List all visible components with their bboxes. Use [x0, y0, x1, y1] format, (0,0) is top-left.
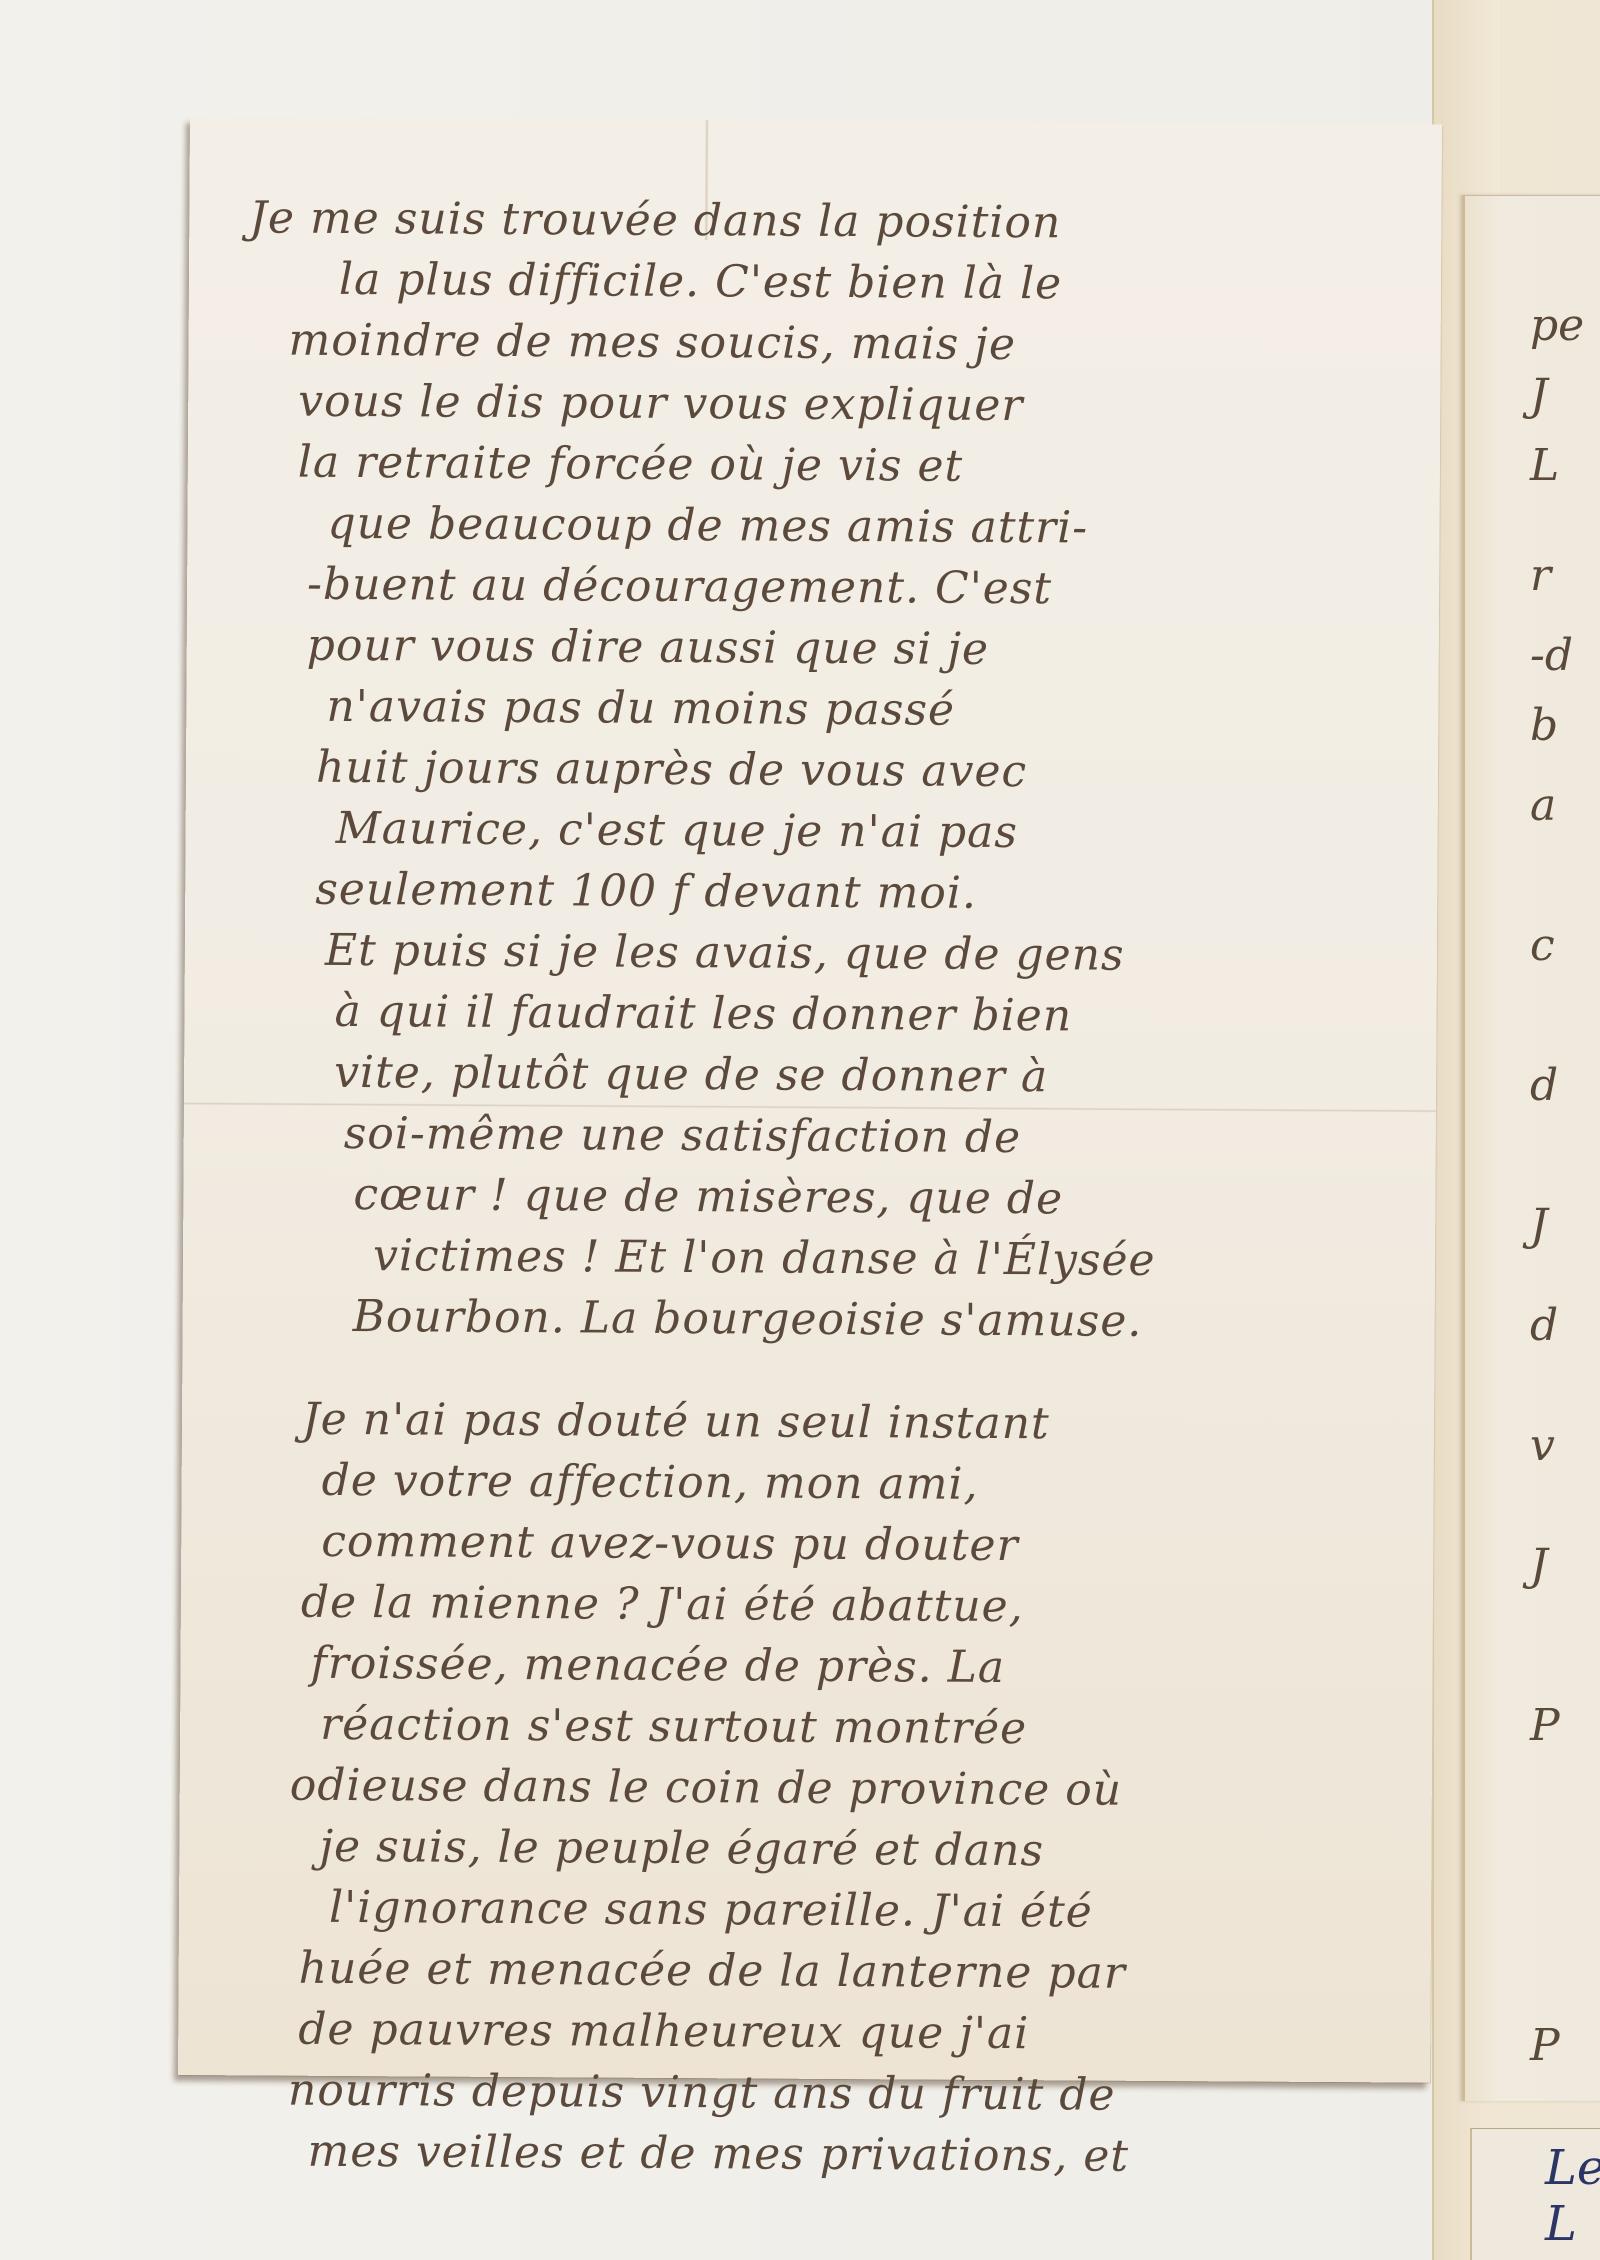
partial-glyph: c — [1530, 920, 1555, 971]
text-line: de votre affection, mon ami, — [241, 1449, 1401, 1517]
adjacent-sheet-text: pe J L r -d b a c d J d v J P P — [1530, 300, 1600, 2100]
text-line: froissée, menacée de près. La — [240, 1632, 1400, 1700]
text-line: réaction s'est surtout montrée — [240, 1693, 1400, 1761]
text-line: l'ignorance sans pareille. J'ai été — [239, 1876, 1399, 1944]
partial-glyph: pe — [1530, 300, 1584, 351]
text-line: la plus difficile. C'est bien là le — [249, 248, 1409, 316]
partial-glyph: r — [1530, 550, 1551, 601]
letter-body: Je me suis trouvée dans la position la p… — [237, 187, 1409, 2188]
text-line: Bourbon. La bourgeoisie s'amuse. — [242, 1285, 1402, 1353]
partial-glyph: P — [1530, 1700, 1560, 1751]
paragraph-2: Je n'ai pas douté un seul instant de vot… — [237, 1388, 1402, 2188]
text-line: Je n'ai pas douté un seul instant — [242, 1388, 1402, 1456]
text-line: Maurice, c'est que je n'ai pas — [245, 797, 1405, 865]
text-line: mes veilles et de mes privations, et — [237, 2120, 1397, 2188]
text-line: odieuse dans le coin de province où — [240, 1754, 1400, 1822]
partial-glyph: d — [1530, 1300, 1558, 1351]
partial-glyph: J — [1530, 1200, 1548, 1251]
partial-glyph: -d — [1530, 630, 1573, 681]
partial-glyph: P — [1530, 2020, 1560, 2071]
partial-glyph: v — [1530, 1420, 1555, 1471]
partial-glyph: J — [1530, 370, 1548, 421]
text-line: nourris depuis vingt ans du fruit de — [238, 2059, 1398, 2127]
blue-ink-text: Le L — [1545, 2140, 1600, 2252]
text-line: de la mienne ? J'ai été abattue, — [241, 1571, 1401, 1639]
text-line: moindre de mes soucis, mais je — [248, 309, 1408, 377]
binding-strip — [1440, 0, 1500, 200]
partial-glyph: L — [1545, 2196, 1600, 2252]
text-line: pour vous dire aussi que si je — [247, 614, 1407, 682]
text-line: vite, plutôt que de se donner à — [244, 1041, 1404, 1109]
text-line: cœur ! que de misères, que de — [243, 1163, 1403, 1231]
partial-glyph: b — [1530, 700, 1558, 751]
text-line: Je me suis trouvée dans la position — [249, 187, 1409, 255]
paragraph-1: Je me suis trouvée dans la position la p… — [242, 187, 1409, 1353]
partial-glyph: J — [1530, 1540, 1548, 1591]
partial-glyph: a — [1530, 780, 1556, 831]
text-line: la retraite forcée où je vis et — [248, 431, 1408, 499]
partial-glyph: Le — [1545, 2140, 1600, 2196]
text-line: comment avez-vous pu douter — [241, 1510, 1401, 1578]
text-line: je suis, le peuple égaré et dans — [239, 1815, 1399, 1883]
partial-glyph: d — [1530, 1060, 1558, 1111]
text-line: n'avais pas du moins passé — [246, 675, 1406, 743]
text-line: à qui il faudrait les donner bien — [244, 980, 1404, 1048]
text-line: de pauvres malheureux que j'ai — [238, 1998, 1398, 2066]
paragraph-break — [242, 1346, 1402, 1395]
text-line: huit jours auprès de vous avec — [246, 736, 1406, 804]
text-line: victimes ! Et l'on danse à l'Élysée — [243, 1224, 1403, 1292]
text-line: soi-même une satisfaction de — [244, 1102, 1404, 1170]
text-line: seulement 100 f devant moi. — [245, 858, 1405, 926]
letter-page: Je me suis trouvée dans la position la p… — [178, 117, 1442, 2083]
text-line: -buent au découragement. C'est — [247, 553, 1407, 621]
text-line: huée et menacée de la lanterne par — [239, 1937, 1399, 2005]
text-line: vous le dis pour vous expliquer — [248, 370, 1408, 438]
text-line: Et puis si je les avais, que de gens — [245, 919, 1405, 987]
text-line: que beaucoup de mes amis attri- — [247, 492, 1407, 560]
partial-glyph: L — [1530, 440, 1559, 491]
